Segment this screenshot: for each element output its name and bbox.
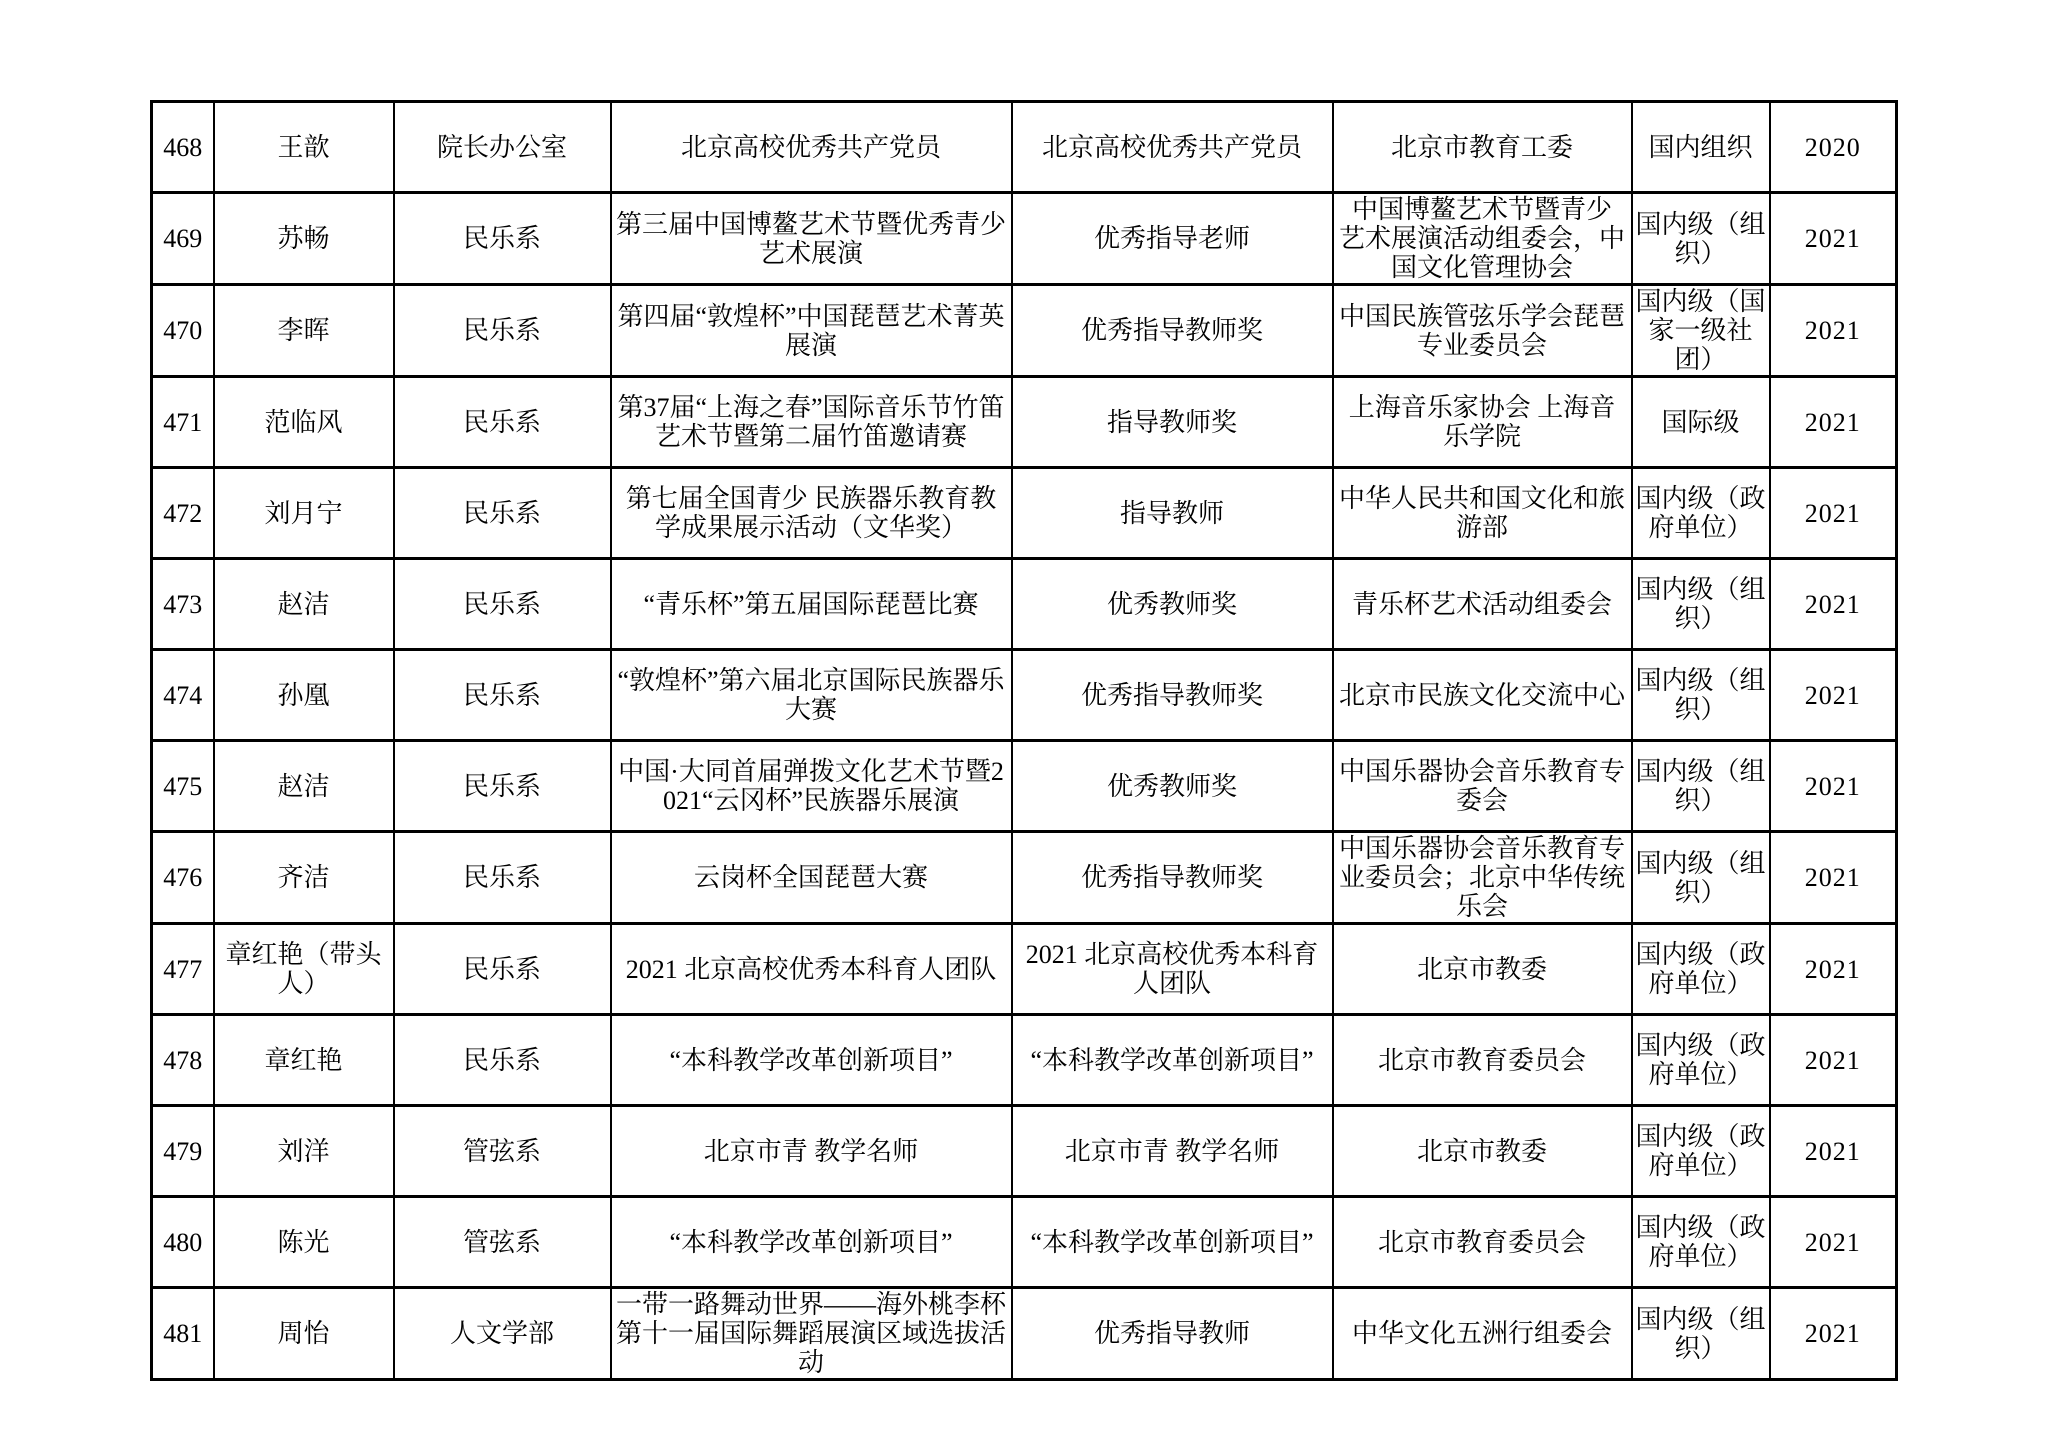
cell-department: 管弦系 (394, 1197, 611, 1288)
table-row: 479 刘洋 管弦系 北京市青 教学名师 北京市青 教学名师 北京市教委 国内级… (152, 1106, 1897, 1197)
cell-award: “本科教学改革创新项目” (1012, 1015, 1333, 1106)
cell-award: 优秀指导教师奖 (1012, 285, 1333, 377)
cell-index: 480 (152, 1197, 214, 1288)
cell-organization: 北京市教育委员会 (1333, 1197, 1632, 1288)
cell-project: “本科教学改革创新项目” (611, 1197, 1012, 1288)
table-row: 481 周怡 人文学部 一带一路舞动世界——海外桃李杯第十一届国际舞蹈展演区域选… (152, 1288, 1897, 1380)
cell-level: 国内级（组织） (1632, 559, 1770, 650)
cell-name: 陈光 (214, 1197, 394, 1288)
cell-level: 国内级（政府单位） (1632, 468, 1770, 559)
cell-index: 473 (152, 559, 214, 650)
cell-organization: 上海音乐家协会 上海音乐学院 (1333, 377, 1632, 468)
cell-name: 孙凰 (214, 650, 394, 741)
cell-project: 第37届“上海之春”国际音乐节竹笛艺术节暨第二届竹笛邀请赛 (611, 377, 1012, 468)
cell-level: 国际级 (1632, 377, 1770, 468)
table-row: 476 齐洁 民乐系 云岗杯全国琵琶大赛 优秀指导教师奖 中国乐器协会音乐教育专… (152, 832, 1897, 924)
cell-project: 云岗杯全国琵琶大赛 (611, 832, 1012, 924)
cell-organization: 中华文化五洲行组委会 (1333, 1288, 1632, 1380)
cell-department: 院长办公室 (394, 102, 611, 193)
cell-award: “本科教学改革创新项目” (1012, 1197, 1333, 1288)
cell-index: 468 (152, 102, 214, 193)
cell-organization: 中国乐器协会音乐教育专业委员会；北京中华传统乐会 (1333, 832, 1632, 924)
cell-year: 2021 (1770, 1015, 1897, 1106)
cell-organization: 青乐杯艺术活动组委会 (1333, 559, 1632, 650)
cell-department: 民乐系 (394, 468, 611, 559)
table-row: 470 李晖 民乐系 第四届“敦煌杯”中国琵琶艺术菁英展演 优秀指导教师奖 中国… (152, 285, 1897, 377)
cell-department: 民乐系 (394, 285, 611, 377)
cell-year: 2021 (1770, 285, 1897, 377)
table-row: 474 孙凰 民乐系 “敦煌杯”第六届北京国际民族器乐大赛 优秀指导教师奖 北京… (152, 650, 1897, 741)
cell-year: 2021 (1770, 468, 1897, 559)
cell-award: 北京市青 教学名师 (1012, 1106, 1333, 1197)
cell-award: 优秀教师奖 (1012, 559, 1333, 650)
cell-project: 2021 北京高校优秀本科育人团队 (611, 924, 1012, 1015)
cell-project: 中国·大同首届弹拨文化艺术节暨2021“云冈杯”民族器乐展演 (611, 741, 1012, 832)
cell-level: 国内级（国家一级社团） (1632, 285, 1770, 377)
cell-organization: 中国博鳌艺术节暨青少 艺术展演活动组委会，中国文化管理协会 (1333, 193, 1632, 285)
cell-year: 2021 (1770, 377, 1897, 468)
cell-department: 民乐系 (394, 1015, 611, 1106)
cell-name: 章红艳（带头人） (214, 924, 394, 1015)
table-row: 473 赵洁 民乐系 “青乐杯”第五届国际琵琶比赛 优秀教师奖 青乐杯艺术活动组… (152, 559, 1897, 650)
cell-year: 2021 (1770, 1197, 1897, 1288)
cell-index: 475 (152, 741, 214, 832)
cell-year: 2020 (1770, 102, 1897, 193)
table-row: 477 章红艳（带头人） 民乐系 2021 北京高校优秀本科育人团队 2021 … (152, 924, 1897, 1015)
document-page: 468 王歆 院长办公室 北京高校优秀共产党员 北京高校优秀共产党员 北京市教育… (0, 0, 2048, 1449)
cell-department: 管弦系 (394, 1106, 611, 1197)
table-row: 471 范临风 民乐系 第37届“上海之春”国际音乐节竹笛艺术节暨第二届竹笛邀请… (152, 377, 1897, 468)
cell-project: 第四届“敦煌杯”中国琵琶艺术菁英展演 (611, 285, 1012, 377)
cell-department: 民乐系 (394, 559, 611, 650)
cell-award: 优秀教师奖 (1012, 741, 1333, 832)
cell-project: “青乐杯”第五届国际琵琶比赛 (611, 559, 1012, 650)
cell-year: 2021 (1770, 1288, 1897, 1380)
cell-project: “本科教学改革创新项目” (611, 1015, 1012, 1106)
cell-award: 优秀指导教师奖 (1012, 832, 1333, 924)
cell-department: 民乐系 (394, 193, 611, 285)
cell-project: 第七届全国青少 民族器乐教育教学成果展示活动（文华奖） (611, 468, 1012, 559)
cell-department: 民乐系 (394, 377, 611, 468)
cell-name: 赵洁 (214, 559, 394, 650)
cell-name: 李晖 (214, 285, 394, 377)
table-row: 469 苏畅 民乐系 第三届中国博鳌艺术节暨优秀青少艺术展演 优秀指导老师 中国… (152, 193, 1897, 285)
cell-index: 477 (152, 924, 214, 1015)
cell-project: 北京高校优秀共产党员 (611, 102, 1012, 193)
cell-year: 2021 (1770, 832, 1897, 924)
cell-name: 王歆 (214, 102, 394, 193)
cell-award: 优秀指导教师奖 (1012, 650, 1333, 741)
cell-name: 章红艳 (214, 1015, 394, 1106)
cell-award: 优秀指导老师 (1012, 193, 1333, 285)
cell-level: 国内级（政府单位） (1632, 1106, 1770, 1197)
cell-project: 北京市青 教学名师 (611, 1106, 1012, 1197)
cell-level: 国内级（组织） (1632, 650, 1770, 741)
cell-name: 赵洁 (214, 741, 394, 832)
cell-level: 国内级（组织） (1632, 1288, 1770, 1380)
cell-name: 范临风 (214, 377, 394, 468)
table-row: 472 刘月宁 民乐系 第七届全国青少 民族器乐教育教学成果展示活动（文华奖） … (152, 468, 1897, 559)
cell-level: 国内级（组织） (1632, 741, 1770, 832)
cell-level: 国内级（组织） (1632, 193, 1770, 285)
cell-organization: 北京市教育委员会 (1333, 1015, 1632, 1106)
table-row: 480 陈光 管弦系 “本科教学改革创新项目” “本科教学改革创新项目” 北京市… (152, 1197, 1897, 1288)
cell-department: 民乐系 (394, 650, 611, 741)
cell-index: 479 (152, 1106, 214, 1197)
cell-index: 478 (152, 1015, 214, 1106)
table-row: 468 王歆 院长办公室 北京高校优秀共产党员 北京高校优秀共产党员 北京市教育… (152, 102, 1897, 193)
cell-award: 指导教师 (1012, 468, 1333, 559)
cell-award: 2021 北京高校优秀本科育人团队 (1012, 924, 1333, 1015)
cell-organization: 北京市教委 (1333, 1106, 1632, 1197)
cell-index: 471 (152, 377, 214, 468)
table-row: 478 章红艳 民乐系 “本科教学改革创新项目” “本科教学改革创新项目” 北京… (152, 1015, 1897, 1106)
cell-department: 人文学部 (394, 1288, 611, 1380)
cell-level: 国内级（组织） (1632, 832, 1770, 924)
cell-project: 第三届中国博鳌艺术节暨优秀青少艺术展演 (611, 193, 1012, 285)
cell-year: 2021 (1770, 924, 1897, 1015)
table-row: 475 赵洁 民乐系 中国·大同首届弹拨文化艺术节暨2021“云冈杯”民族器乐展… (152, 741, 1897, 832)
cell-year: 2021 (1770, 741, 1897, 832)
cell-award: 优秀指导教师 (1012, 1288, 1333, 1380)
cell-project: 一带一路舞动世界——海外桃李杯第十一届国际舞蹈展演区域选拔活动 (611, 1288, 1012, 1380)
cell-year: 2021 (1770, 1106, 1897, 1197)
cell-name: 周怡 (214, 1288, 394, 1380)
cell-organization: 中华人民共和国文化和旅游部 (1333, 468, 1632, 559)
cell-name: 苏畅 (214, 193, 394, 285)
cell-name: 刘月宁 (214, 468, 394, 559)
cell-index: 470 (152, 285, 214, 377)
cell-index: 474 (152, 650, 214, 741)
cell-organization: 北京市教育工委 (1333, 102, 1632, 193)
cell-year: 2021 (1770, 650, 1897, 741)
cell-department: 民乐系 (394, 741, 611, 832)
cell-year: 2021 (1770, 193, 1897, 285)
cell-level: 国内级（政府单位） (1632, 1197, 1770, 1288)
table-body: 468 王歆 院长办公室 北京高校优秀共产党员 北京高校优秀共产党员 北京市教育… (152, 102, 1897, 1380)
cell-award: 北京高校优秀共产党员 (1012, 102, 1333, 193)
cell-level: 国内级（政府单位） (1632, 924, 1770, 1015)
cell-name: 刘洋 (214, 1106, 394, 1197)
cell-award: 指导教师奖 (1012, 377, 1333, 468)
cell-organization: 中国乐器协会音乐教育专委会 (1333, 741, 1632, 832)
cell-organization: 北京市民族文化交流中心 (1333, 650, 1632, 741)
cell-department: 民乐系 (394, 832, 611, 924)
cell-department: 民乐系 (394, 924, 611, 1015)
cell-level: 国内组织 (1632, 102, 1770, 193)
cell-index: 481 (152, 1288, 214, 1380)
awards-table: 468 王歆 院长办公室 北京高校优秀共产党员 北京高校优秀共产党员 北京市教育… (150, 100, 1898, 1381)
cell-level: 国内级（政府单位） (1632, 1015, 1770, 1106)
cell-index: 476 (152, 832, 214, 924)
cell-year: 2021 (1770, 559, 1897, 650)
cell-index: 472 (152, 468, 214, 559)
cell-name: 齐洁 (214, 832, 394, 924)
cell-organization: 北京市教委 (1333, 924, 1632, 1015)
cell-project: “敦煌杯”第六届北京国际民族器乐大赛 (611, 650, 1012, 741)
cell-index: 469 (152, 193, 214, 285)
cell-organization: 中国民族管弦乐学会琵琶专业委员会 (1333, 285, 1632, 377)
